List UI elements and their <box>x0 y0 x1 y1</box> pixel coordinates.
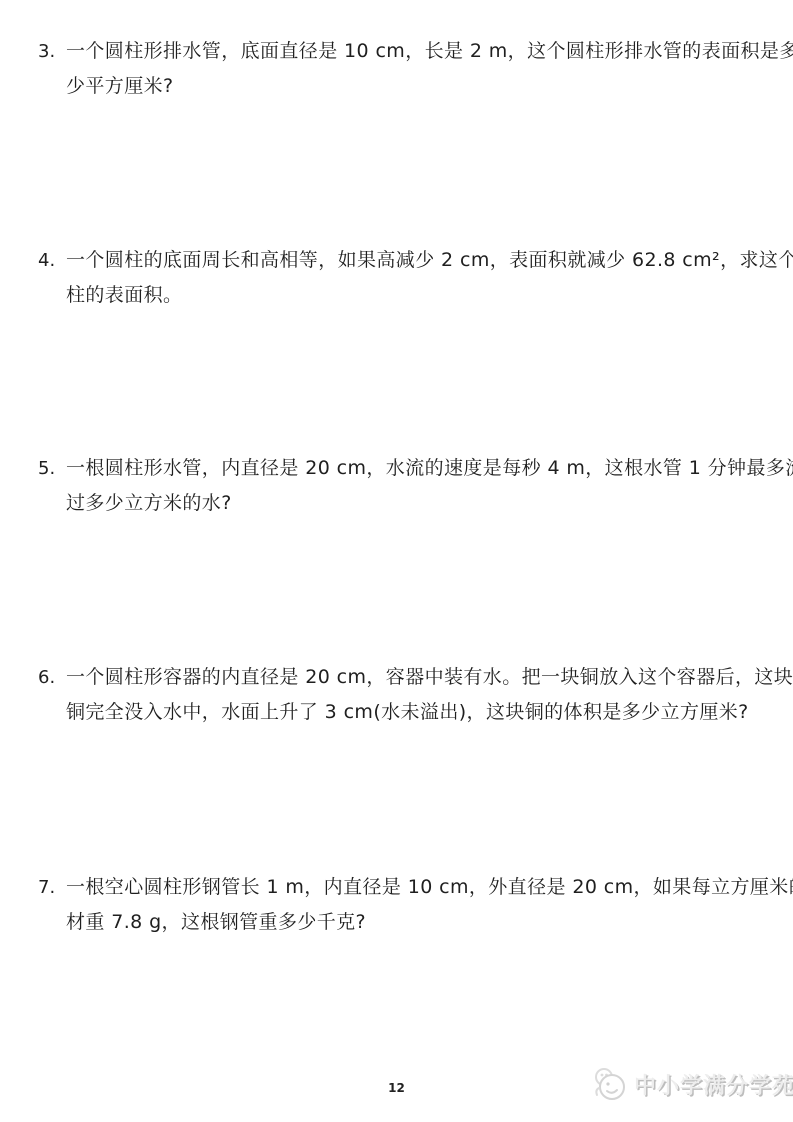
worksheet-page: 3. 一个圆柱形排水管，底面直径是 10 cm，长是 2 m，这个圆柱形排水管的… <box>0 0 793 1122</box>
problem-6-number: 6. <box>38 660 66 695</box>
problem-7: 7. 一根空心圆柱形钢管长 1 m，内直径是 10 cm，外直径是 20 cm，… <box>38 870 759 940</box>
problem-6-line-2: 铜完全没入水中，水面上升了 3 cm(水未溢出)，这块铜的体积是多少立方厘米? <box>66 695 793 730</box>
problem-4-line-2: 柱的表面积。 <box>66 278 793 313</box>
problem-4-number: 4. <box>38 243 66 278</box>
problem-7-line-2: 材重 7.8 g，这根钢管重多少千克? <box>66 905 793 940</box>
problem-3-line-1: 一个圆柱形排水管，底面直径是 10 cm，长是 2 m，这个圆柱形排水管的表面积… <box>66 34 793 69</box>
problem-5-text: 一根圆柱形水管，内直径是 20 cm，水流的速度是每秒 4 m，这根水管 1 分… <box>66 451 793 521</box>
problem-3-number: 3. <box>38 34 66 69</box>
problem-6-line-1: 一个圆柱形容器的内直径是 20 cm，容器中装有水。把一块铜放入这个容器后，这块 <box>66 660 793 695</box>
watermark: 中小学满分学苑 <box>593 1066 793 1102</box>
problem-3-text: 一个圆柱形排水管，底面直径是 10 cm，长是 2 m，这个圆柱形排水管的表面积… <box>66 34 793 104</box>
problem-7-number: 7. <box>38 870 66 905</box>
problem-6: 6. 一个圆柱形容器的内直径是 20 cm，容器中装有水。把一块铜放入这个容器后… <box>38 660 759 730</box>
problem-5-line-1: 一根圆柱形水管，内直径是 20 cm，水流的速度是每秒 4 m，这根水管 1 分… <box>66 451 793 486</box>
problem-4: 4. 一个圆柱的底面周长和高相等，如果高减少 2 cm，表面积就减少 62.8 … <box>38 243 759 313</box>
problem-4-line-1: 一个圆柱的底面周长和高相等，如果高减少 2 cm，表面积就减少 62.8 cm²… <box>66 243 793 278</box>
problem-7-line-1: 一根空心圆柱形钢管长 1 m，内直径是 10 cm，外直径是 20 cm，如果每… <box>66 870 793 905</box>
problem-7-text: 一根空心圆柱形钢管长 1 m，内直径是 10 cm，外直径是 20 cm，如果每… <box>66 870 793 940</box>
problem-4-text: 一个圆柱的底面周长和高相等，如果高减少 2 cm，表面积就减少 62.8 cm²… <box>66 243 793 313</box>
problem-5-number: 5. <box>38 451 66 486</box>
problem-5-line-2: 过多少立方米的水? <box>66 486 793 521</box>
problem-6-text: 一个圆柱形容器的内直径是 20 cm，容器中装有水。把一块铜放入这个容器后，这块… <box>66 660 793 730</box>
watermark-text: 中小学满分学苑 <box>634 1069 793 1100</box>
mascot-icon <box>593 1066 627 1102</box>
problem-3: 3. 一个圆柱形排水管，底面直径是 10 cm，长是 2 m，这个圆柱形排水管的… <box>38 34 759 104</box>
problem-5: 5. 一根圆柱形水管，内直径是 20 cm，水流的速度是每秒 4 m，这根水管 … <box>38 451 759 521</box>
problem-3-line-2: 少平方厘米? <box>66 69 793 104</box>
